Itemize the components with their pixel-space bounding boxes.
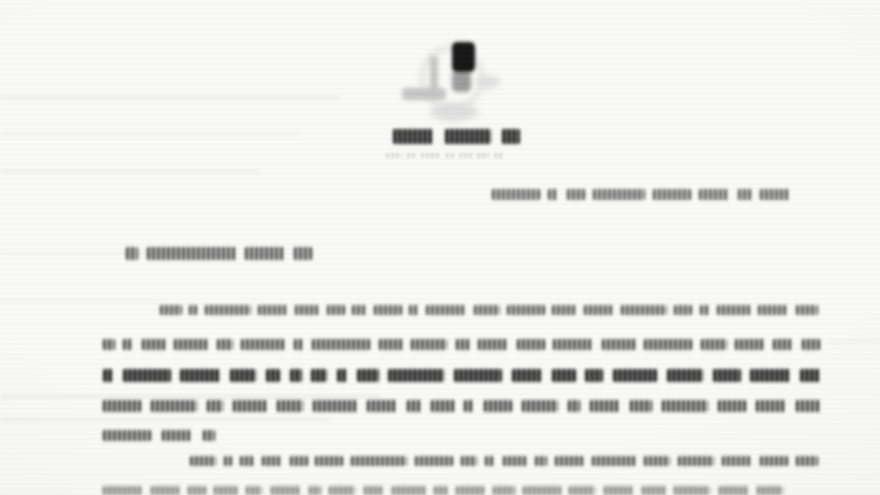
word-blob (357, 369, 379, 382)
word-blob (388, 369, 444, 382)
word-blob (421, 153, 441, 158)
word-blob (103, 486, 143, 495)
word-blob (240, 456, 254, 466)
word-blob (750, 369, 790, 382)
word-blob (477, 153, 489, 158)
word-blob (315, 456, 343, 466)
word-blob (456, 486, 484, 495)
word-blob (190, 456, 216, 466)
word-blob (459, 153, 473, 158)
word-blob (313, 400, 357, 412)
word-blob (492, 189, 540, 200)
word-blob (205, 305, 251, 315)
word-blob (262, 456, 282, 466)
word-blob (246, 486, 262, 495)
word-blob (337, 369, 347, 382)
word-blob (374, 305, 402, 315)
word-blob (701, 339, 727, 350)
word-blob (644, 339, 692, 350)
word-blob (522, 400, 558, 412)
scanned-letter-page (0, 0, 880, 495)
salutation-line (126, 247, 312, 260)
word-blob (409, 305, 419, 315)
word-blob (126, 247, 138, 260)
para1-line5 (103, 430, 215, 441)
word-blob (392, 486, 426, 495)
word-blob (552, 369, 576, 382)
word-blob (217, 339, 233, 350)
word-blob (722, 456, 752, 466)
word-blob (271, 486, 301, 495)
word-blob (123, 369, 171, 382)
word-blob (662, 400, 708, 412)
word-blob (151, 486, 179, 495)
word-blob (415, 456, 453, 466)
word-blob (642, 486, 666, 495)
word-blob (203, 430, 215, 441)
date-line (492, 189, 790, 200)
word-blob (445, 129, 491, 144)
word-blob (241, 339, 285, 350)
word-blob (760, 456, 788, 466)
word-blob (162, 430, 192, 441)
word-blob (630, 400, 652, 412)
word-blob (485, 456, 495, 466)
word-blob (294, 339, 304, 350)
word-blob (245, 247, 285, 260)
word-blob (735, 339, 765, 350)
word-blob (700, 305, 710, 315)
word-blob (393, 129, 433, 144)
word-blob (295, 305, 319, 315)
word-blob (555, 456, 585, 466)
para2-line2 (103, 486, 783, 495)
word-blob (553, 339, 593, 350)
word-blob (454, 369, 502, 382)
word-blob (309, 486, 321, 495)
para2-line1 (190, 456, 818, 466)
word-blob (446, 153, 454, 158)
word-blob (103, 369, 113, 382)
word-blob (327, 305, 345, 315)
word-blob (142, 339, 166, 350)
word-blob (207, 400, 223, 412)
word-blob (503, 456, 527, 466)
para1-line2 (103, 339, 820, 350)
word-blob (674, 305, 692, 315)
word-blob (512, 369, 542, 382)
word-blob (386, 153, 402, 158)
word-blob (224, 456, 232, 466)
word-blob (604, 486, 634, 495)
word-blob (699, 189, 729, 200)
word-blob (758, 305, 788, 315)
word-blob (719, 486, 749, 495)
word-blob (103, 400, 141, 412)
word-blob (456, 339, 470, 350)
word-blob (613, 369, 657, 382)
word-blob (484, 400, 512, 412)
word-blob (290, 456, 308, 466)
word-blob (552, 305, 576, 315)
word-blob (431, 400, 455, 412)
word-blob (592, 456, 636, 466)
word-blob (407, 153, 417, 158)
word-blob (174, 339, 208, 350)
word-blob (548, 189, 558, 200)
word-blob (214, 486, 238, 495)
word-blob (494, 153, 504, 158)
word-blob (464, 400, 474, 412)
word-blob (294, 247, 312, 260)
word-blob (123, 339, 133, 350)
word-blob (290, 369, 302, 382)
word-blob (773, 339, 793, 350)
word-blob (802, 339, 820, 350)
word-blob (585, 369, 603, 382)
word-blob (718, 400, 746, 412)
word-blob (760, 189, 790, 200)
word-blob (517, 339, 545, 350)
word-blob (103, 430, 151, 441)
word-blob (311, 369, 327, 382)
para1-line3 (103, 369, 820, 382)
word-blob (329, 486, 355, 495)
word-blob (180, 369, 220, 382)
word-blob (800, 369, 820, 382)
word-blob (474, 305, 500, 315)
word-blob (584, 305, 614, 315)
word-blob (407, 400, 421, 412)
word-blob (160, 305, 182, 315)
word-blob (674, 486, 710, 495)
para1-line1 (160, 305, 818, 315)
word-blob (667, 369, 703, 382)
word-blob (593, 189, 645, 200)
word-blob (189, 305, 197, 315)
word-blob (147, 247, 237, 260)
word-blob (258, 305, 288, 315)
word-blob (230, 369, 256, 382)
word-blob (796, 400, 820, 412)
word-blob (717, 305, 751, 315)
word-blob (568, 400, 580, 412)
word-blob (523, 486, 561, 495)
word-blob (493, 486, 515, 495)
word-blob (233, 400, 267, 412)
text-layer (0, 0, 880, 495)
word-blob (461, 456, 477, 466)
word-blob (713, 369, 741, 382)
word-blob (567, 189, 585, 200)
word-blob (590, 400, 620, 412)
word-blob (277, 400, 303, 412)
word-blob (151, 400, 197, 412)
word-blob (103, 339, 115, 350)
word-blob (364, 486, 384, 495)
word-blob (351, 456, 407, 466)
word-blob (478, 339, 508, 350)
word-blob (312, 339, 370, 350)
word-blob (507, 305, 545, 315)
word-blob (502, 129, 520, 144)
word-blob (379, 339, 403, 350)
word-blob (434, 486, 448, 495)
word-blob (535, 456, 547, 466)
title-line (393, 129, 520, 144)
word-blob (426, 305, 466, 315)
word-blob (367, 400, 397, 412)
word-blob (188, 486, 206, 495)
word-blob (738, 189, 752, 200)
word-blob (756, 400, 786, 412)
word-blob (678, 456, 714, 466)
word-blob (569, 486, 595, 495)
word-blob (796, 456, 818, 466)
word-blob (796, 305, 818, 315)
para1-line4 (103, 400, 820, 412)
word-blob (644, 456, 670, 466)
word-blob (411, 339, 447, 350)
word-blob (352, 305, 366, 315)
word-blob (266, 369, 280, 382)
word-blob (621, 305, 667, 315)
word-blob (602, 339, 636, 350)
subtitle-faint-line (386, 153, 504, 158)
word-blob (653, 189, 691, 200)
word-blob (757, 486, 783, 495)
